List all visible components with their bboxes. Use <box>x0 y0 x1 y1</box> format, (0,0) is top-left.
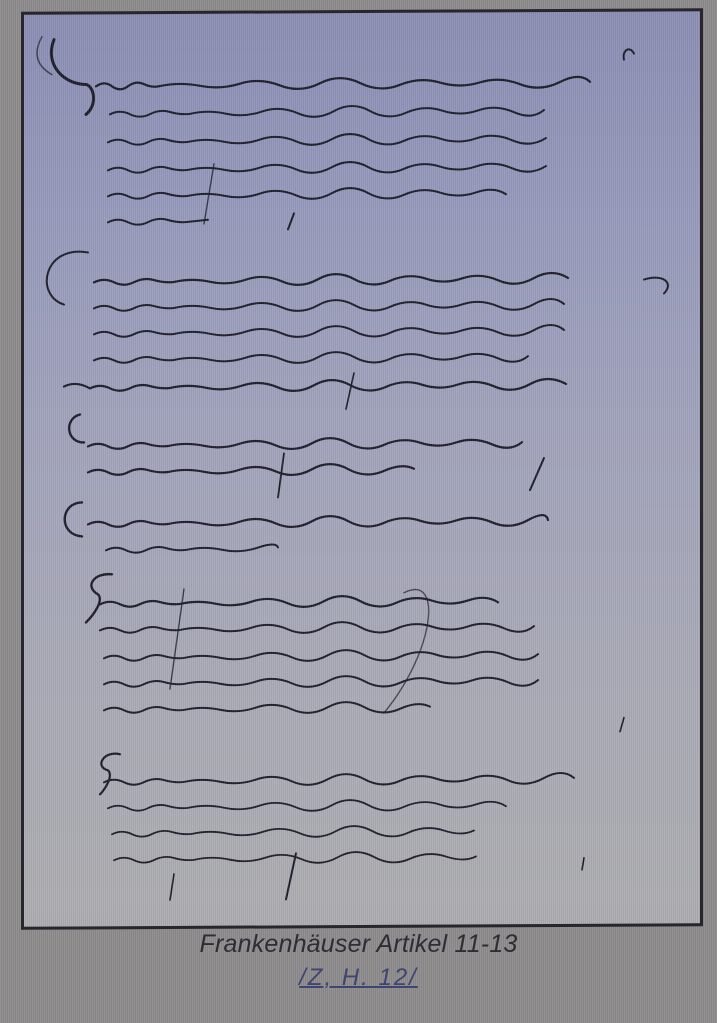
document-caption: Frankenhäuser Artikel 11-13 <box>0 930 717 959</box>
archive-reference-link[interactable]: /Z, H. 12/ <box>299 964 418 991</box>
manuscript-page <box>21 8 703 930</box>
archive-reference: /Z, H. 12/ <box>0 964 717 992</box>
handwritten-script <box>24 11 700 927</box>
